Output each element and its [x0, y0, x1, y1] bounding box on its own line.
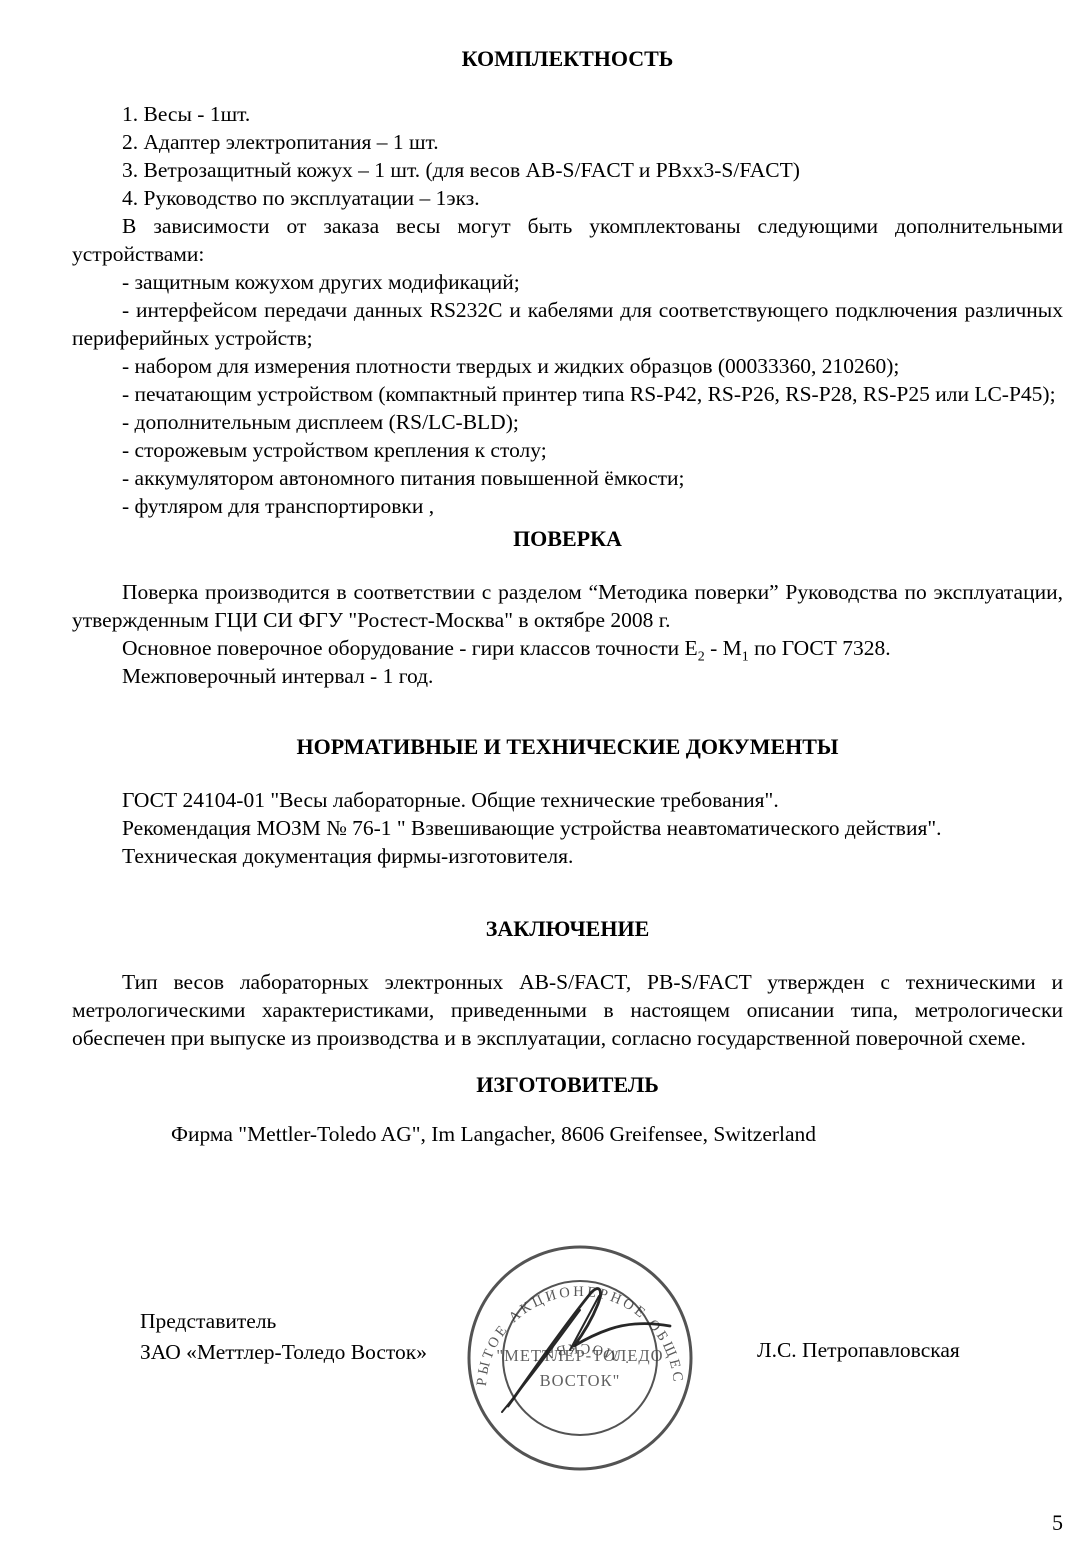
- section-heading-normdocs: НОРМАТИВНЫЕ И ТЕХНИЧЕСКИЕ ДОКУМЕНТЫ: [72, 732, 1063, 762]
- option-item-7: - аккумулятором автономного питания повы…: [72, 464, 1063, 492]
- poverka-equipment-line: Основное поверочное оборудование - гири …: [72, 634, 1063, 662]
- stamp-inner-text: "МЕТТЛЕР-ТОЛЕДО ВОСТОК": [496, 1346, 663, 1390]
- zakluchenie-paragraph: Тип весов лабораторных электронных AB-S/…: [72, 968, 1063, 1052]
- equipment-text: Основное поверочное оборудование - гири …: [122, 636, 698, 660]
- subscript-m1: 1: [742, 649, 749, 664]
- list-item-2: 2. Адаптер электропитания – 1 шт.: [72, 128, 1063, 156]
- list-item-1: 1. Весы - 1шт.: [72, 100, 1063, 128]
- list-item-3: 3. Ветрозащитный кожух – 1 шт. (для весо…: [72, 156, 1063, 184]
- option-item-1: - защитным кожухом других модификаций;: [72, 268, 1063, 296]
- poverka-paragraph-1: Поверка производится в соответствии с ра…: [72, 578, 1063, 634]
- representative-company: ЗАО «Меттлер-Толедо Восток»: [140, 1337, 427, 1368]
- normdoc-line-3: Техническая документация фирмы-изготовит…: [72, 842, 1063, 870]
- section-heading-izgotovitel: ИЗГОТОВИТЕЛЬ: [72, 1070, 1063, 1100]
- komplektnost-intro: В зависимости от заказа весы могут быть …: [72, 212, 1063, 268]
- equipment-text-mid: - М: [705, 636, 742, 660]
- section-heading-zakluchenie: ЗАКЛЮЧЕНИЕ: [72, 914, 1063, 944]
- svg-text:ВОСТОК": ВОСТОК": [540, 1371, 621, 1390]
- representative-title: Представитель: [140, 1306, 427, 1337]
- representative-block: Представитель ЗАО «Меттлер-Толедо Восток…: [140, 1306, 427, 1368]
- subscript-e2: 2: [698, 649, 705, 664]
- option-item-8: - футляром для транспортировки ,: [72, 492, 1063, 520]
- signer-name: Л.С. Петропавловская: [757, 1336, 960, 1364]
- option-item-3: - набором для измерения плотности тверды…: [72, 352, 1063, 380]
- document-content: КОМПЛЕКТНОСТЬ 1. Весы - 1шт. 2. Адаптер …: [72, 0, 1063, 1148]
- normdoc-line-1: ГОСТ 24104-01 "Весы лабораторные. Общие …: [72, 786, 1063, 814]
- manufacturer-line: Фирма "Mettler-Toledo AG", Im Langacher,…: [72, 1120, 1063, 1148]
- page-number: 5: [1052, 1510, 1063, 1536]
- document-page: КОМПЛЕКТНОСТЬ 1. Весы - 1шт. 2. Адаптер …: [0, 0, 1086, 1560]
- list-item-4: 4. Руководство по эксплуатации – 1экз.: [72, 184, 1063, 212]
- option-item-2: - интерфейсом передачи данных RS232C и к…: [72, 296, 1063, 352]
- normdoc-line-2: Рекомендация МОЗМ № 76-1 " Взвешивающие …: [72, 814, 1063, 842]
- section-heading-komplektnost: КОМПЛЕКТНОСТЬ: [72, 44, 1063, 74]
- option-item-5: - дополнительным дисплеем (RS/LC-BLD);: [72, 408, 1063, 436]
- stamp-seal: ЗАКРЫТОЕ АКЦИОНЕРНОЕ ОБЩЕСТВО · МОСКВА ·…: [452, 1230, 708, 1486]
- svg-text:"МЕТТЛЕР-ТОЛЕДО: "МЕТТЛЕР-ТОЛЕДО: [496, 1346, 663, 1365]
- equipment-text-end: по ГОСТ 7328.: [749, 636, 891, 660]
- option-item-6: - сторожевым устройством крепления к сто…: [72, 436, 1063, 464]
- poverka-interval-line: Межповерочный интервал - 1 год.: [72, 662, 1063, 690]
- option-item-4: - печатающим устройством (компактный при…: [72, 380, 1063, 408]
- section-heading-poverka: ПОВЕРКА: [72, 524, 1063, 554]
